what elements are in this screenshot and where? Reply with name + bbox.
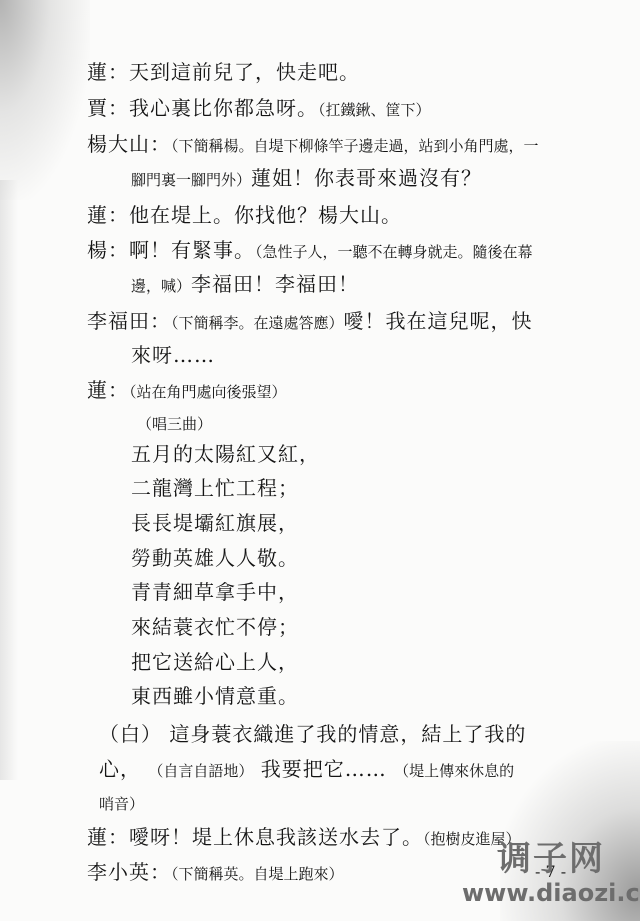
dialogue-text: 天到這前兒了，快走吧。: [129, 60, 360, 84]
stage-direction: （站在角門處向後張望）: [129, 383, 287, 401]
dialogue-line: 蓮：天到這前兒了，快走吧。: [87, 60, 360, 84]
aside-label: （白）: [99, 722, 162, 746]
dialogue-line: 楊：啊！有緊事。（急性子人，一聽不在轉身就走。隨後在幕: [87, 238, 533, 264]
speaker-name: 李小英：: [87, 860, 171, 884]
speaker-name: 楊大山：: [87, 132, 171, 156]
dialogue-line: 蓮：他在堤上。你找他？楊大山。: [87, 203, 402, 227]
dialogue-text: 我心裏比你都急呀。: [129, 96, 318, 120]
dialogue-line: 蓮：噯呀！堤上休息我該送水去了。（抱樹皮進屋）: [87, 825, 521, 851]
dialogue-line-continued: 邊，喊）李福田！李福田！: [131, 272, 359, 298]
song-verse: 長長堤壩紅旗展，: [131, 511, 299, 535]
stage-direction: （下簡稱英。自堤上跑來）: [171, 865, 344, 883]
monologue-line: （白） 這身蓑衣織進了我的情意，結上了我的: [99, 722, 526, 746]
speaker-name: 賈：: [87, 96, 129, 120]
monologue-text: 我要把它……: [261, 757, 387, 781]
speaker-name: 李福田：: [87, 309, 171, 333]
stage-direction: （唱三曲）: [137, 415, 212, 433]
dialogue-text: 李福田！李福田！: [191, 272, 359, 296]
monologue-line: 心， （自言自語地） 我要把它…… （堤上傳來休息的: [99, 757, 514, 783]
song-verse: 東西雖小情意重。: [131, 684, 299, 708]
stage-direction: （堤上傳來休息的: [394, 762, 514, 780]
stage-direction: 哨音）: [99, 795, 144, 813]
song-verse: 把它送給心上人，: [131, 650, 299, 674]
watermark-title: 调子网: [462, 840, 640, 878]
dialogue-line-continued: 腳門裏一腳門外）蓮姐！你表哥來過沒有？: [131, 166, 482, 192]
speaker-name: 蓮：: [87, 60, 129, 84]
song-verse: 二龍灣上忙工程；: [131, 476, 299, 500]
stage-direction: 腳門裏一腳門外）: [131, 171, 251, 189]
monologue-text: 這身蓑衣織進了我的情意，結上了我的: [169, 722, 526, 746]
dialogue-text: 噯！我在這兒呢，快: [344, 309, 533, 333]
monologue-line: 哨音）: [99, 790, 144, 816]
stage-direction: （自言自語地）: [148, 762, 253, 780]
scan-shading-left: [0, 180, 18, 780]
dialogue-text: 啊！有緊事。: [129, 238, 255, 262]
stage-direction: （扛鐵鍬、筐下）: [318, 101, 431, 119]
song-verse: 來結蓑衣忙不停；: [131, 615, 299, 639]
dialogue-text: 噯呀！堤上休息我該送水去了。: [129, 825, 423, 849]
watermark-url: www.diaozi.com: [462, 878, 640, 908]
song-verse: 青青細草拿手中，: [131, 580, 299, 604]
monologue-text: 心，: [99, 757, 141, 781]
song-verse: 五月的太陽紅又紅，: [131, 442, 320, 466]
speaker-name: 蓮：: [87, 378, 129, 402]
stage-direction: （下簡稱楊。自堤下柳條竿子邊走過，站到小角門處，一: [171, 137, 539, 155]
site-watermark: 调子网 www.diaozi.com: [462, 840, 640, 908]
dialogue-line: 賈：我心裏比你都急呀。（扛鐵鍬、筐下）: [87, 96, 431, 122]
song-tune-label: （唱三曲）: [137, 410, 212, 436]
speaker-name: 蓮：: [87, 203, 129, 227]
dialogue-text: 蓮姐！你表哥來過沒有？: [251, 166, 482, 190]
stage-direction: 邊，喊）: [131, 277, 191, 295]
speaker-name: 楊：: [87, 238, 129, 262]
dialogue-line: 李福田：（下簡稱李。在遠處答應）噯！我在這兒呢，快: [87, 309, 533, 335]
dialogue-line: 蓮：（站在角門處向後張望）: [87, 378, 287, 404]
stage-direction: （下簡稱李。在遠處答應）: [171, 314, 344, 332]
stage-direction: （急性子人，一聽不在轉身就走。隨後在幕: [255, 243, 533, 261]
dialogue-text: 他在堤上。你找他？楊大山。: [129, 203, 402, 227]
dialogue-line: 楊大山：（下簡稱楊。自堤下柳條竿子邊走過，站到小角門處，一: [87, 132, 539, 158]
dialogue-text: 來呀……: [131, 343, 215, 367]
scan-shading-top-left: [0, 0, 90, 200]
dialogue-line-continued: 來呀……: [131, 343, 215, 367]
speaker-name: 蓮：: [87, 825, 129, 849]
song-verse: 勞動英雄人人敬。: [131, 546, 299, 570]
dialogue-line: 李小英：（下簡稱英。自堤上跑來）: [87, 860, 344, 886]
